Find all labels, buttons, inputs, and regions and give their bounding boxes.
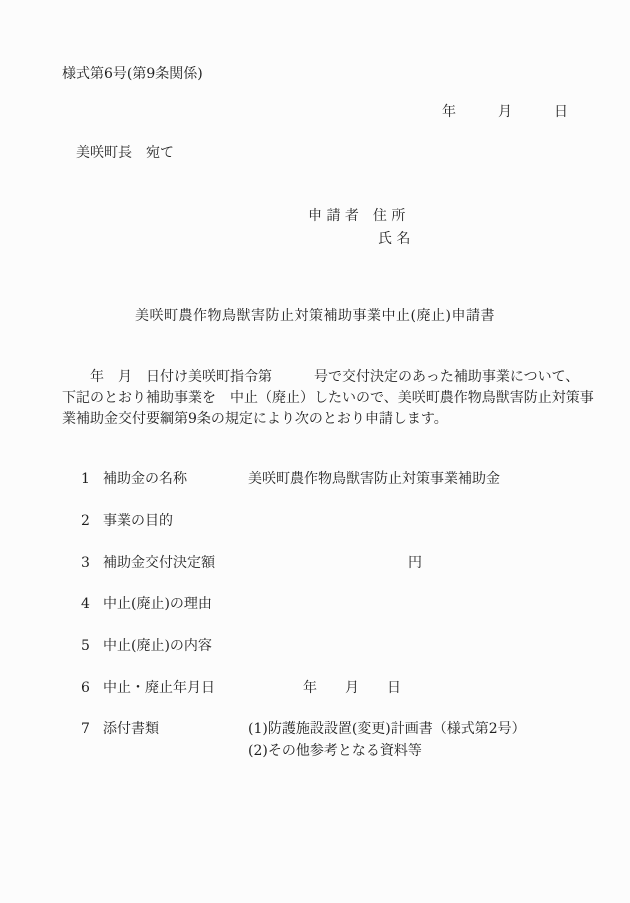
item-row-attachments: 7 添付書類 (1)防護施設設置(変更)計画書（様式第2号） — [0, 722, 630, 742]
item-label: 添付書類 — [103, 722, 159, 736]
item-label: 補助金の名称 — [103, 472, 187, 486]
item-row-cancellation-details: 5 中止(廃止)の内容 — [0, 639, 630, 659]
item-number: 2 — [81, 514, 90, 528]
item-label: 中止(廃止)の理由 — [103, 597, 212, 611]
item-row-grant-amount: 3 補助金交付決定額 円 — [0, 556, 630, 576]
applicant-address-label: 申 請 者 住 所 — [308, 209, 405, 223]
attachment-line-2: (2)その他参考となる資料等 — [248, 744, 422, 758]
form-number: 様式第6号(第9条関係) — [62, 67, 203, 81]
addressee: 美咲町長 宛て — [76, 146, 174, 160]
item-number: 5 — [81, 639, 90, 653]
item-row-business-purpose: 2 事業の目的 — [0, 514, 630, 534]
application-form-page: 様式第6号(第9条関係) 年 月 日 美咲町長 宛て 申 請 者 住 所 氏 名… — [0, 0, 630, 903]
item-value-yen: 円 — [408, 556, 422, 570]
item-label: 中止・廃止年月日 — [103, 681, 215, 695]
item-number: 1 — [81, 472, 90, 486]
item-number: 7 — [81, 722, 90, 736]
item-number: 6 — [81, 681, 90, 695]
item-row-cancellation-date: 6 中止・廃止年月日 年 月 日 — [0, 681, 630, 701]
document-title: 美咲町農作物鳥獣害防止対策補助事業中止(廃止)申請書 — [0, 309, 630, 323]
item-row-attachments-cont: (2)その他参考となる資料等 — [0, 744, 630, 764]
attachment-line-1: (1)防護施設設置(変更)計画書（様式第2号） — [248, 722, 526, 736]
body-paragraph-line: 下記のとおり補助事業を 中止（廃止）したいので、美咲町農作物鳥獣害防止対策事 — [62, 391, 594, 405]
body-paragraph-line: 業補助金交付要綱第9条の規定により次のとおり申請します。 — [62, 412, 448, 426]
item-number: 3 — [81, 556, 90, 570]
item-value: 美咲町農作物鳥獣害防止対策事業補助金 — [248, 472, 500, 486]
item-row-subsidy-name: 1 補助金の名称 美咲町農作物鳥獣害防止対策事業補助金 — [0, 472, 630, 492]
item-row-cancellation-reason: 4 中止(廃止)の理由 — [0, 597, 630, 617]
date-field: 年 月 日 — [442, 105, 568, 119]
item-label: 中止(廃止)の内容 — [103, 639, 212, 653]
applicant-name-label: 氏 名 — [378, 232, 410, 246]
item-number: 4 — [81, 597, 90, 611]
item-label: 補助金交付決定額 — [103, 556, 215, 570]
body-paragraph-line: 年 月 日付け美咲町指令第 号で交付決定のあった補助事業について、 — [62, 370, 579, 384]
item-label: 事業の目的 — [103, 514, 173, 528]
item-value-date: 年 月 日 — [303, 681, 401, 695]
